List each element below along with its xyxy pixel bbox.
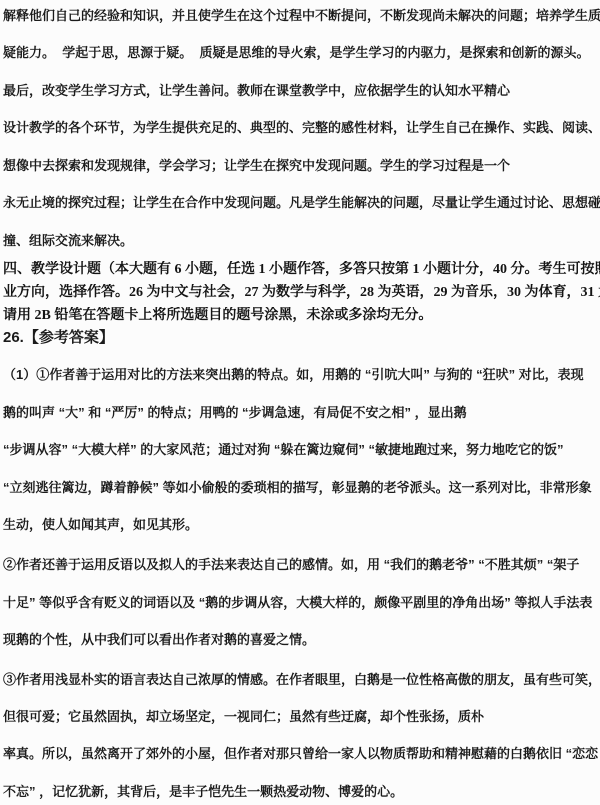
- text-line: 现鹅的个性，从中我们可以看出作者对鹅的喜爱之情。: [3, 632, 600, 647]
- text-line: ③作者用浅显朴实的语言表达自己浓厚的情感。在作者眼里，白鹅是一位性格高傲的朋友，…: [3, 672, 600, 687]
- answer-label: 26.【参考答案】: [3, 329, 600, 346]
- text-line: 鹅的叫声 “大” 和 “严厉” 的特点；用鸭的 “步调急速，有局促不安之相” ，…: [3, 405, 600, 420]
- text-line: 生动，使人如闻其声，如见其形。: [3, 517, 600, 532]
- text-line: “步调从容” “大模大样” 的大家风范；通过对狗 “躲在篱边窥伺” “敏捷地跑过…: [3, 442, 600, 457]
- text-line: 最后，改变学生学习方式，让学生善问。教师在课堂教学中，应依据学生的认知水平精心: [3, 83, 600, 98]
- text-line: 设计教学的各个环节，为学生提供充足的、典型的、完整的感性材料，让学生自己在操作、…: [3, 120, 600, 135]
- document-page: 解释他们自己的经验和知识，并且使学生在这个过程中不断提问，不断发现尚未解决的问题…: [0, 0, 600, 805]
- text-line: ②作者还善于运用反语以及拟人的手法来表达自己的感情。如，用 “我们的鹅老爷” “…: [3, 557, 600, 572]
- section-heading-line: 业方向，选择作答。26 为中文与社会，27 为数学与科学，28 为英语，29 为…: [3, 284, 600, 301]
- text-line: 疑能力。 学起于思，思源于疑。 质疑是思维的导火索，是学生学习的内驱力，是探索和…: [3, 45, 600, 60]
- text-line: 撞、组际交流来解决。: [3, 233, 600, 248]
- text-line: 想像中去探索和发现规律，学会学习；让学生在探究中发现问题。学生的学习过程是一个: [3, 158, 600, 173]
- text-line: 但很可爱；它虽然固执，却立场坚定，一视同仁；虽然有些迂腐，却个性张扬，质朴: [3, 709, 600, 724]
- text-line: 不忘” ，记忆犹新，其背后，是丰子恺先生一颗热爱动物、博爱的心。: [3, 784, 600, 799]
- text-line: 十足” 等似乎含有贬义的词语以及 “鹅的步调从容，大模大样的，颇像平剧里的净角出…: [3, 595, 600, 610]
- section-heading-line: 请用 2B 铅笔在答题卡上将所选题目的题号涂黑，未涂或多涂均无分。: [3, 307, 600, 324]
- text-line: 永无止境的探究过程；让学生在合作中发现问题。凡是学生能解决的问题，尽量让学生通过…: [3, 195, 600, 210]
- section-heading-line: 四、教学设计题（本大题有 6 小题，任选 1 小题作答，多答只按第 1 小题计分…: [3, 261, 600, 278]
- text-line: （1）①作者善于运用对比的方法来突出鹅的特点。如，用鹅的 “引吭大叫” 与狗的 …: [3, 367, 600, 382]
- text-line: 率真。所以，虽然离开了郊外的小屋，但作者对那只曾给一家人以物质帮助和精神慰藉的白…: [3, 746, 600, 761]
- text-line: 解释他们自己的经验和知识，并且使学生在这个过程中不断提问，不断发现尚未解决的问题…: [3, 8, 600, 23]
- text-line: “立刻逃往篱边，蹲着静候” 等如小偷般的委琐相的描写，彰显鹅的老爷派头。这一系列…: [3, 480, 600, 495]
